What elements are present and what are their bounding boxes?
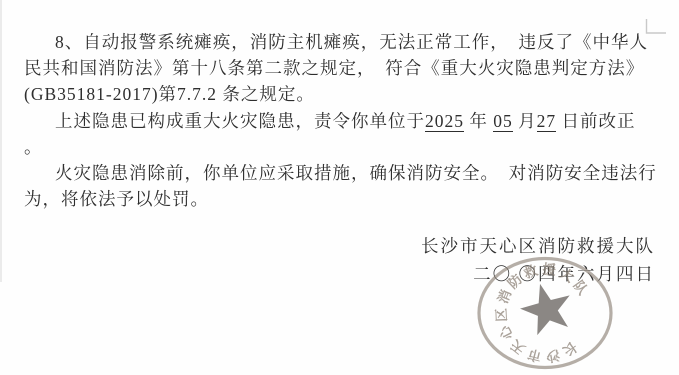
document-body: 8、自动报警系统瘫痪，消防主机瘫痪，无法正常工作， 违反了《中华人 民共和国消防… (24, 29, 652, 212)
deadline-year: 2025 (425, 111, 464, 133)
seal-char: 队 (570, 278, 590, 298)
seal-char: 援 (542, 261, 557, 278)
seal-char: 市 (525, 346, 542, 365)
deadline-separator-month: 月 (513, 111, 537, 131)
paragraph-3-line-2: 为，将依法予以处罚。 (24, 186, 652, 212)
seal-char: 救 (522, 261, 540, 281)
seal-char: 天 (508, 337, 528, 357)
paragraph-1-line-2: 民共和国消防法》第十八条第二款之规定， 符合《重大火灾隐患判定方法》 (24, 55, 652, 81)
seal-char: 沙 (544, 347, 560, 364)
star-icon (515, 277, 577, 337)
deadline-month: 05 (493, 111, 513, 133)
deadline-separator-year: 年 (464, 111, 493, 131)
paragraph-2-line-2: 。 (24, 134, 652, 160)
deadline-suffix: 日前改正 (556, 111, 635, 131)
official-seal-stamp: 长 沙 市 天 心 区 消 防 救 援 大 队 (470, 248, 620, 375)
scan-edge-artifact (0, 0, 2, 282)
seal-char: 心 (495, 323, 516, 343)
paragraph-3-line-1: 火灾隐患消除前，你单位应采取措施，确保消防安全。 对消防安全违法行 (24, 160, 652, 186)
seal-char: 区 (494, 307, 510, 322)
document-page: 8、自动报警系统瘫痪，消防主机瘫痪，无法正常工作， 违反了《中华人 民共和国消防… (0, 0, 679, 375)
deadline-day: 27 (537, 111, 557, 133)
seal-char: 消 (494, 287, 514, 306)
seal-char: 长 (560, 339, 580, 359)
seal-char: 防 (504, 270, 525, 291)
paragraph-1-line-1: 8、自动报警系统瘫痪，消防主机瘫痪，无法正常工作， 违反了《中华人 (24, 29, 652, 55)
paragraph-2-line-1: 上述隐患已构成重大火灾隐患，责令你单位于2025 年 05 月27 日前改正 (24, 108, 652, 134)
seal-char: 大 (557, 265, 577, 286)
deadline-prefix: 上述隐患已构成重大火灾隐患，责令你单位于 (55, 111, 425, 131)
paragraph-1-line-3: (GB35181-2017)第7.7.2 条之规定。 (24, 81, 652, 107)
